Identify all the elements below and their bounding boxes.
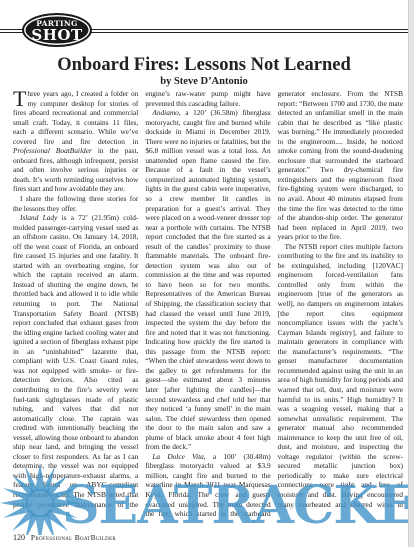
article-byline: by Steve D’Antonio xyxy=(0,76,408,87)
paragraph: Andiamo, a 120’ (36.58m) fiberglass moto… xyxy=(145,108,270,452)
publication-name: Professional BoatBuilder xyxy=(13,146,92,155)
vessel-name: La Dolce Vita xyxy=(152,452,203,461)
page-footer: 120 Professional BoatBuilder xyxy=(13,533,116,542)
vessel-name: Island Lady xyxy=(20,213,57,222)
parting-shot-logo: PARTING SHOT xyxy=(22,13,92,47)
logo-bottom-text: SHOT xyxy=(24,28,90,43)
article-body: Three years ago, I created a folder on m… xyxy=(13,89,403,525)
page-edge xyxy=(408,0,414,547)
paragraph: Three years ago, I created a folder on m… xyxy=(13,89,138,194)
page-number: 120 xyxy=(13,533,25,542)
vessel-name: Andiamo xyxy=(152,108,179,117)
publication-name: Professional BoatBuilder xyxy=(31,533,116,542)
paragraph: I share the following three stories for … xyxy=(13,194,138,213)
article-title: Onboard Fires: Lessons Not Learned xyxy=(0,55,408,76)
drop-cap: T xyxy=(13,90,26,108)
magazine-page: PARTING SHOT Onboard Fires: Lessons Not … xyxy=(0,0,408,547)
